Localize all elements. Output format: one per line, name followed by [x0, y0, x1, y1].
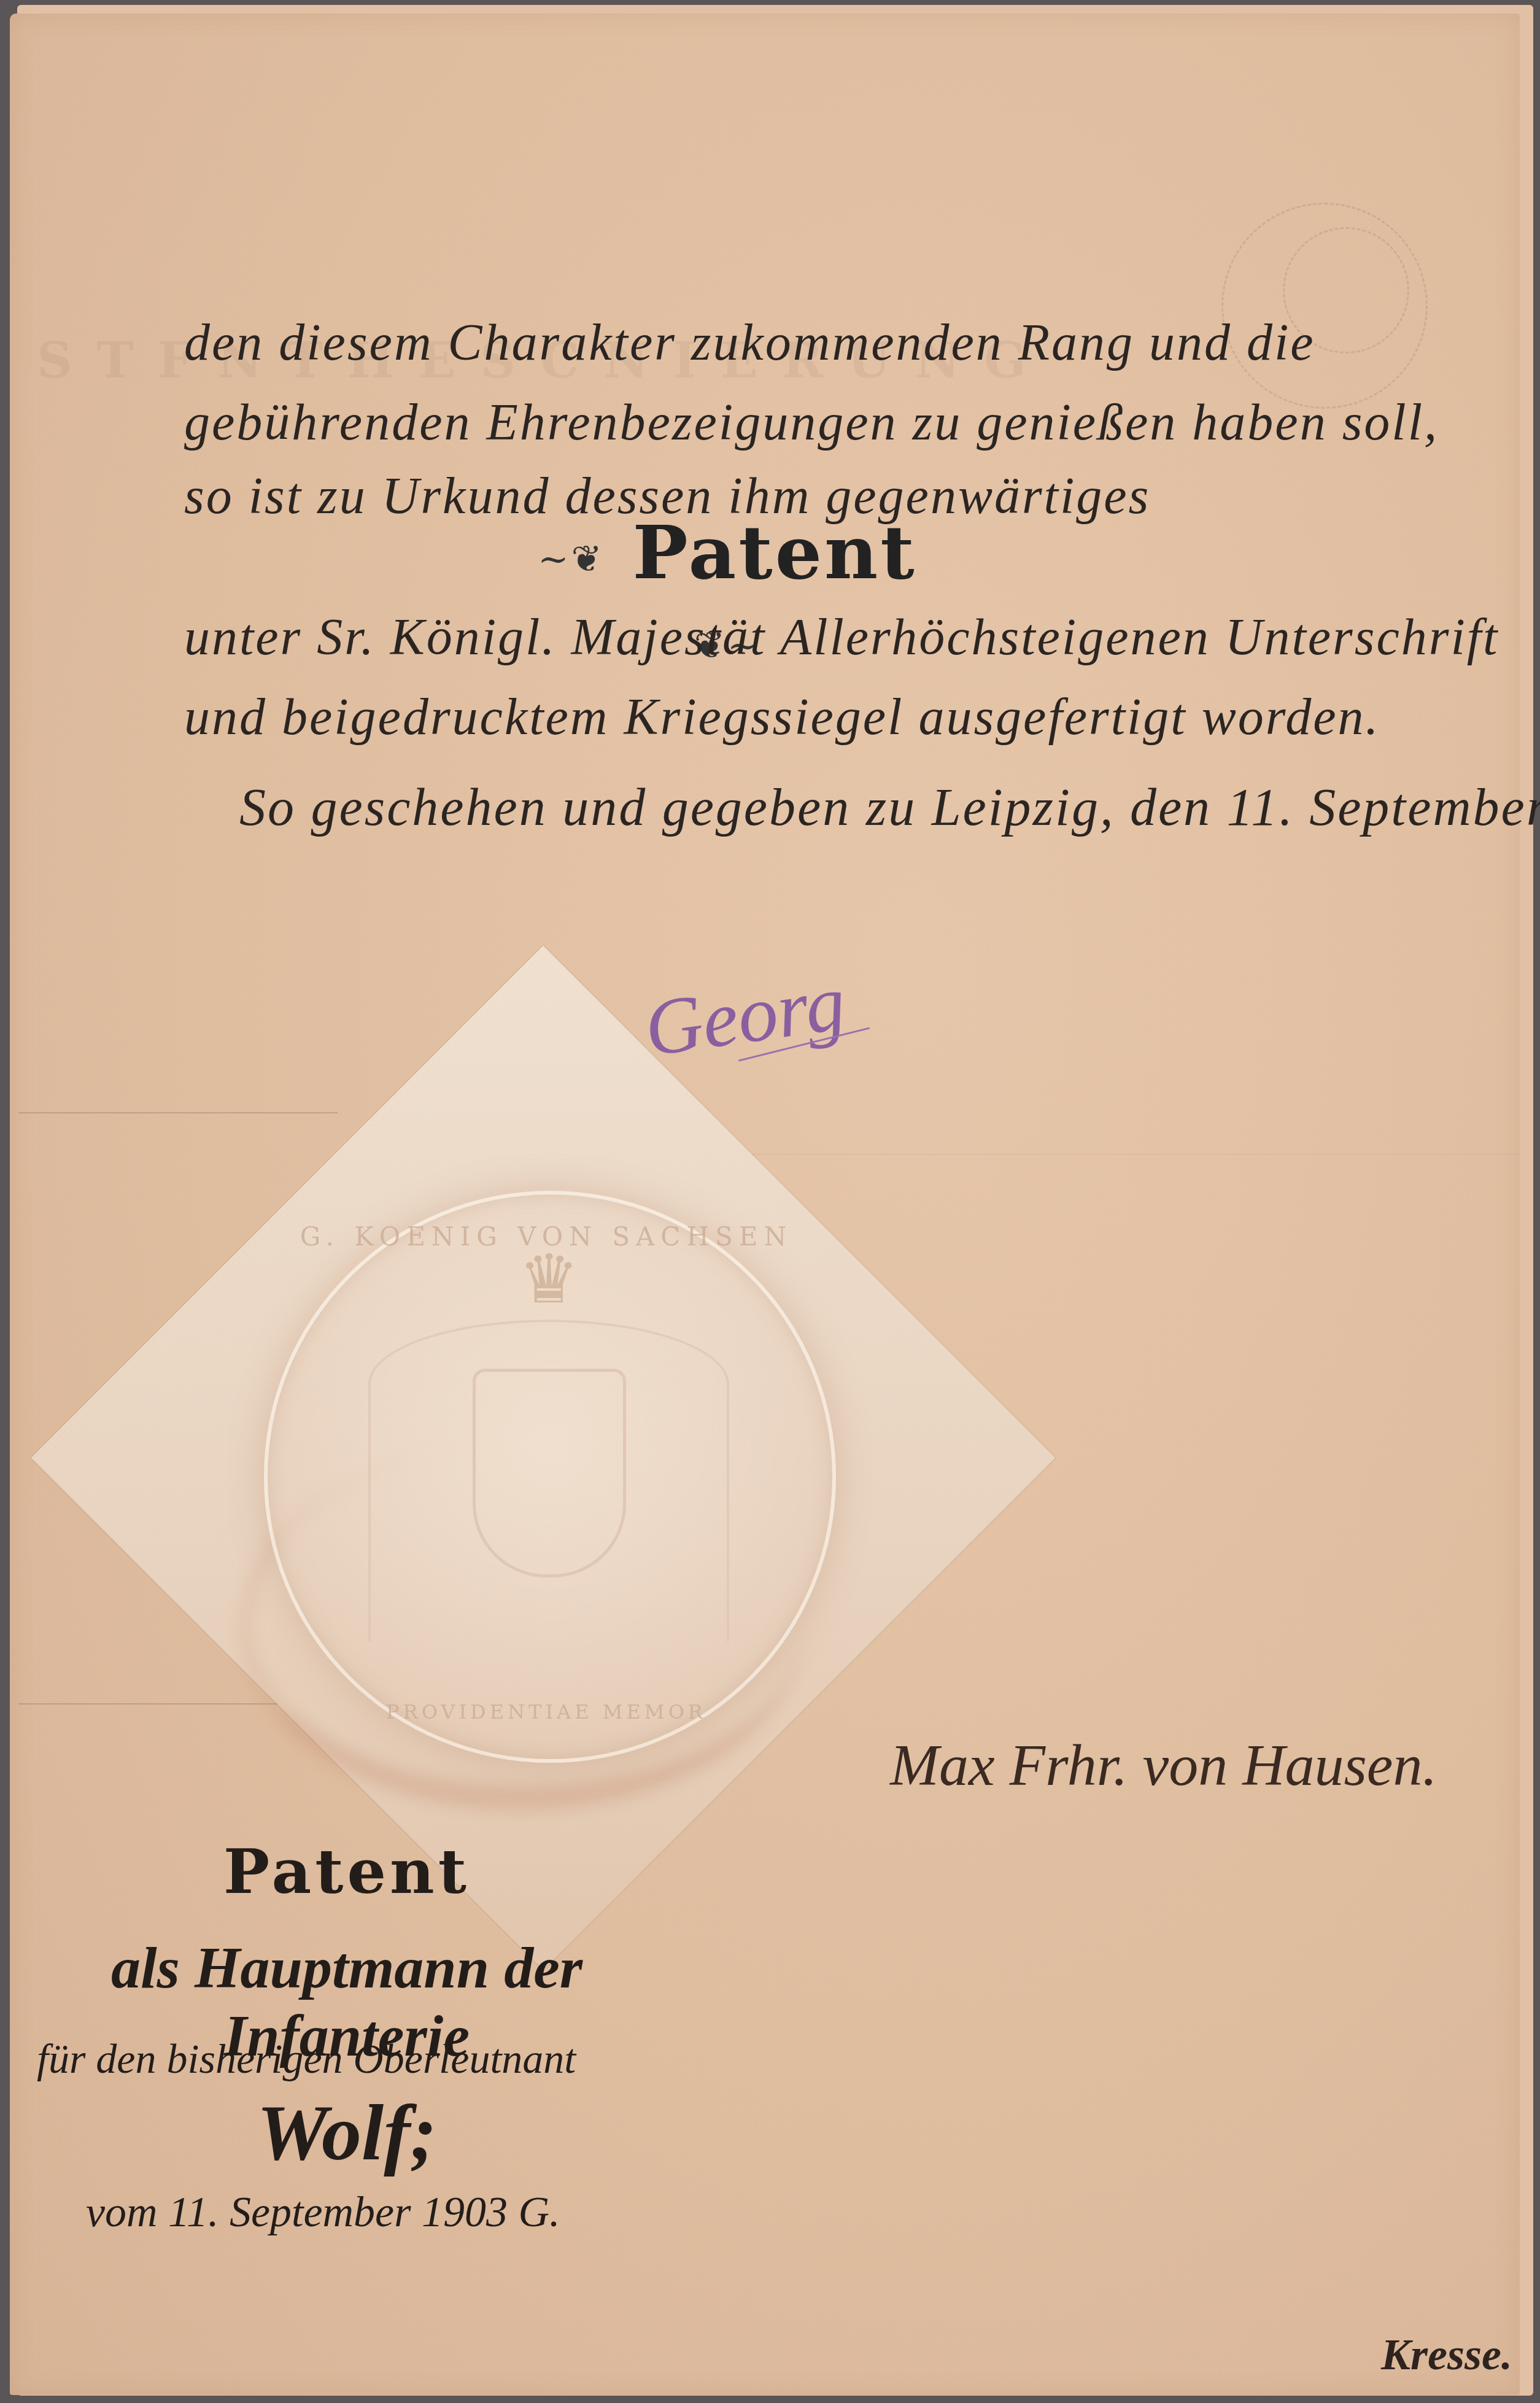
summary-for-line: für den bisherigen Oberleutnant — [37, 2035, 651, 2083]
coat-of-arms-shield-icon — [473, 1369, 626, 1577]
summary-date: vom 11. September 1903 G. — [86, 2188, 638, 2237]
countersignature: Max Frhr. von Hausen. — [890, 1731, 1437, 1799]
body-line-2: gebührenden Ehrenbezeigungen zu genießen… — [184, 393, 1439, 452]
seal-legend-bottom: PROVIDENTIAE MEMOR — [264, 1700, 829, 1724]
body-line-4: unter Sr. Königl. Majestät Allerhöchstei… — [184, 608, 1499, 667]
place-date-line: So geschehen und gegeben zu Leipzig, den… — [239, 776, 1540, 838]
summary-title: Patent — [25, 1835, 669, 1908]
fold-line-upper — [18, 1112, 338, 1113]
body-line-1: den diesem Charakter zukommenden Rang un… — [184, 313, 1315, 373]
crown-icon: ♛ — [519, 1240, 579, 1318]
patent-heading-text: Patent — [633, 509, 917, 596]
seal-legend-top: G. KOENIG VON SACHSEN — [264, 1221, 829, 1252]
summary-name: Wolf; — [25, 2087, 669, 2179]
clerk-signature: Kresse. — [1381, 2329, 1512, 2380]
flourish-left-icon: ~❦ — [538, 538, 605, 581]
body-line-5: und beigedrucktem Kriegssiegel ausgefert… — [184, 687, 1380, 747]
